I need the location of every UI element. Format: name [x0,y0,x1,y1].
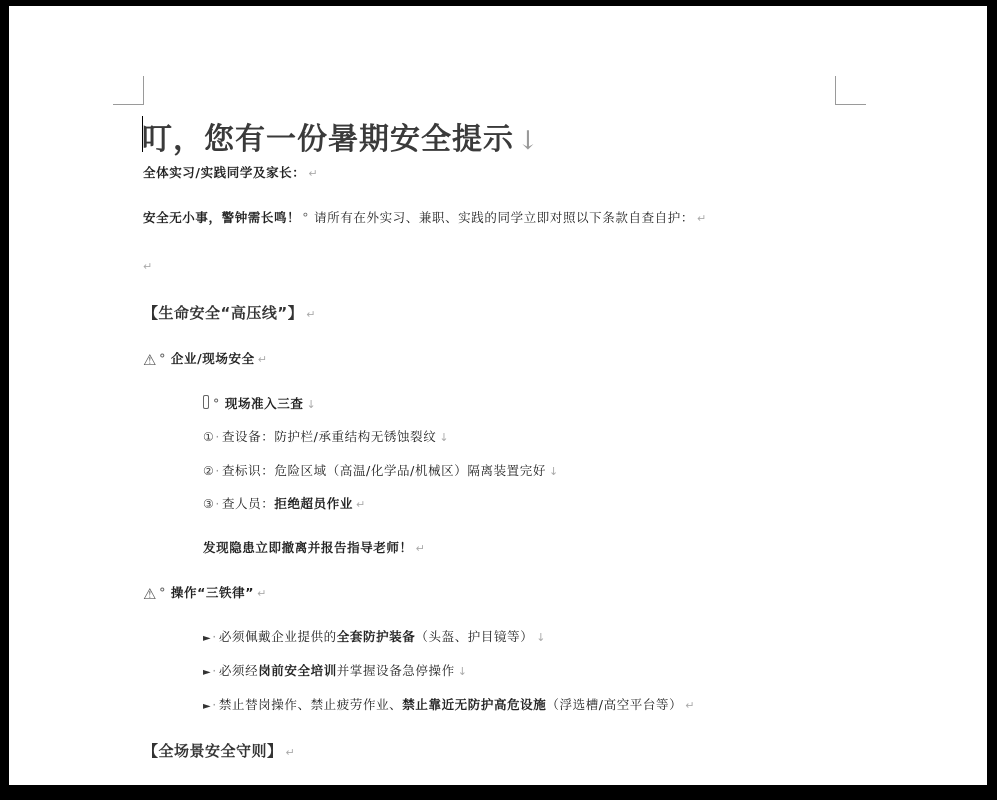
check-item[interactable]: ③·查人员：拒绝超员作业↵ [203,495,366,514]
section-heading-all-scenario[interactable]: 【全场景安全守则】↵ [143,742,295,762]
section-heading-life-safety[interactable]: 【生命安全“高压线”】↵ [143,304,316,324]
group-three-checks[interactable]: °现场准入三查↓ [203,395,316,414]
document-title[interactable]: 叮，您有一份暑期安全提示↓ [142,114,540,158]
bullet-arrow-icon: ► [203,701,211,712]
thermometer-icon [203,395,209,409]
check-item[interactable]: ①·查设备：防护栏/承重结构无锈蚀裂纹↓ [203,428,449,447]
check-item[interactable]: ②·查标识：危险区域（高温/化学品/机械区）隔离装置完好↓ [203,462,559,481]
bullet-arrow-icon: ► [203,633,211,644]
subsection-operation-rules[interactable]: ⚠°操作“三铁律”↵ [143,584,267,603]
empty-paragraph[interactable]: ↵ [143,257,153,276]
hazard-note[interactable]: 发现隐患立即撤离并报告指导老师！↵ [203,539,425,558]
intro-line[interactable]: 安全无小事，警钟需长鸣！°请所有在外实习、兼职、实践的同学立即对照以下条款自查自… [143,209,707,228]
greeting-line[interactable]: 全体实习/实践同学及家长：↵ [143,164,318,183]
warning-triangle-icon: ⚠ [143,585,157,603]
warning-triangle-icon: ⚠ [143,351,157,369]
crop-mark-top-right [835,76,866,105]
crop-mark-top-left [113,76,144,105]
paragraph-mark: ↵ [308,167,318,180]
rule-item[interactable]: ►·必须经岗前安全培训并掌握设备急停操作↓ [203,662,468,682]
line-break-mark: ↓ [517,126,540,156]
subsection-site-safety[interactable]: ⚠°企业/现场安全↵ [143,350,268,369]
document-page: 叮，您有一份暑期安全提示↓ 全体实习/实践同学及家长：↵ 安全无小事，警钟需长鸣… [9,6,987,785]
bullet-arrow-icon: ► [203,667,211,678]
intro-bold: 安全无小事，警钟需长鸣！ [143,210,300,225]
intro-text: 请所有在外实习、兼职、实践的同学立即对照以下条款自查自护： [314,210,694,225]
rule-item[interactable]: ►·禁止替岗操作、禁止疲劳作业、禁止靠近无防护高危设施（浮选槽/高空平台等）↵ [203,696,695,716]
rule-item[interactable]: ►·必须佩戴企业提供的全套防护装备（头盔、护目镜等）↓ [203,628,546,648]
